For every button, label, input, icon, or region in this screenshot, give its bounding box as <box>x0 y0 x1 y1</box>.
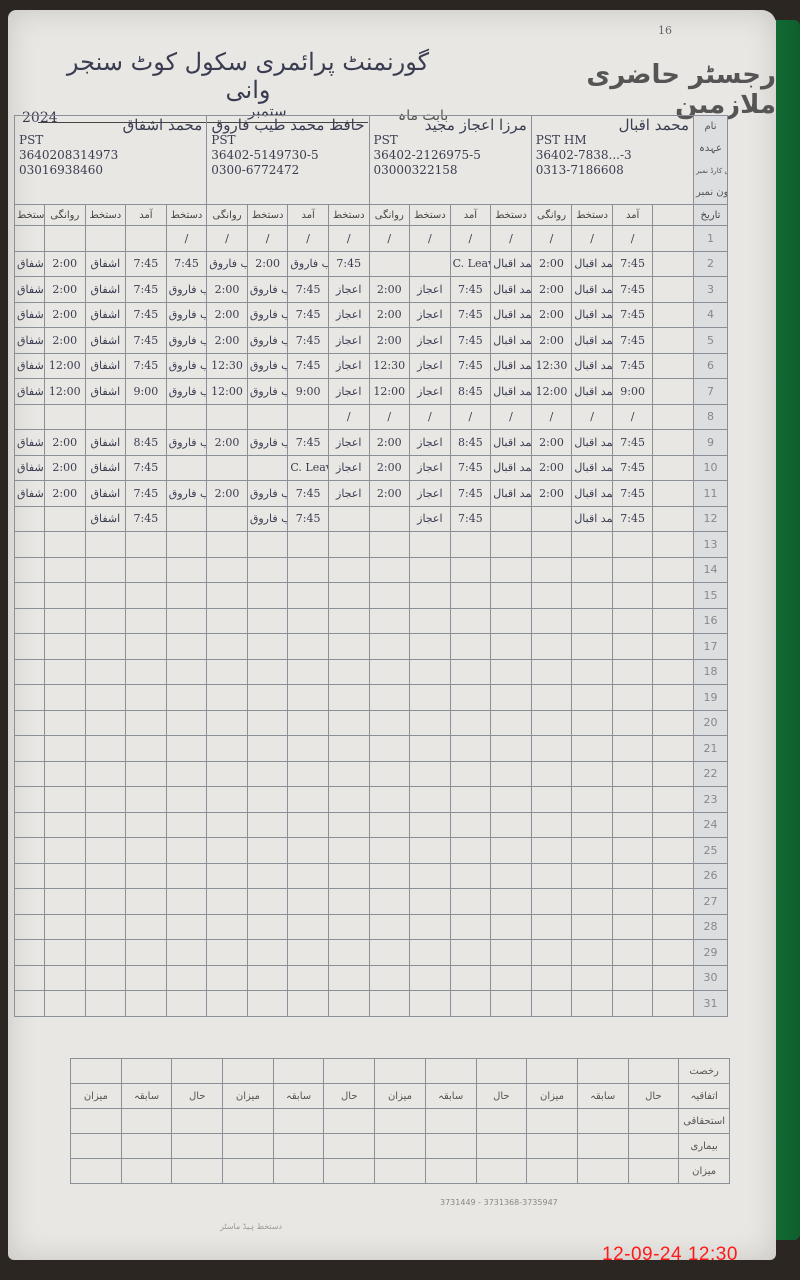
attendance-cell: 7:45 <box>612 455 653 481</box>
attendance-cell <box>15 608 45 634</box>
attendance-cell: 7:45 <box>450 328 491 354</box>
attendance-cell <box>531 889 572 915</box>
headmaster-signature-line: دستخط ہیڈ ماسٹر <box>220 1222 282 1231</box>
attendance-cell <box>572 659 613 685</box>
attendance-cell <box>328 863 369 889</box>
attendance-cell: 7:45 <box>126 506 167 532</box>
col-departure: روانگی <box>369 205 410 226</box>
attendance-cell: طیب فاروق <box>247 379 288 405</box>
attendance-cell <box>328 608 369 634</box>
attendance-cell <box>612 634 653 660</box>
attendance-cell <box>288 710 329 736</box>
day-number: 13 <box>694 532 728 558</box>
attendance-cell <box>247 583 288 609</box>
attendance-cell: 7:45 <box>612 302 653 328</box>
day-row: 15 <box>15 583 728 609</box>
attendance-cell: 2:00 <box>45 481 86 507</box>
day-number: 31 <box>694 991 728 1017</box>
day-row: 16 <box>15 608 728 634</box>
attendance-cell <box>85 736 126 762</box>
attendance-cell <box>450 889 491 915</box>
attendance-cell <box>450 914 491 940</box>
attendance-cell: اشفاق <box>15 328 45 354</box>
day-row: اشفاق2:00اشفاق7:45طیب فاروق2:00طیب فاروق… <box>15 328 728 354</box>
attendance-cell <box>491 532 532 558</box>
attendance-cell <box>288 557 329 583</box>
attendance-cell <box>612 736 653 762</box>
attendance-cell <box>85 965 126 991</box>
attendance-cell <box>531 838 572 864</box>
attendance-cell <box>85 659 126 685</box>
attendance-cell: 2:00 <box>45 302 86 328</box>
attendance-cell <box>369 914 410 940</box>
attendance-cell <box>247 659 288 685</box>
attendance-cell: اشفاق <box>15 353 45 379</box>
summary-row-label: میزان <box>679 1159 730 1184</box>
attendance-cell <box>531 557 572 583</box>
attendance-cell <box>328 812 369 838</box>
attendance-cell: اعجاز <box>328 379 369 405</box>
attendance-cell <box>410 761 451 787</box>
day-number: 17 <box>694 634 728 660</box>
attendance-cell <box>572 736 613 762</box>
day-number: 26 <box>694 863 728 889</box>
attendance-cell: 2:00 <box>207 328 248 354</box>
day-number: 22 <box>694 761 728 787</box>
attendance-cell <box>572 863 613 889</box>
attendance-cell <box>207 838 248 864</box>
summary-row: بیماری <box>71 1134 730 1159</box>
day-number: 25 <box>694 838 728 864</box>
attendance-cell: طیب فاروق <box>247 430 288 456</box>
attendance-cell: طیب فاروق <box>247 353 288 379</box>
attendance-cell <box>85 940 126 966</box>
attendance-cell <box>15 736 45 762</box>
attendance-cell <box>288 685 329 711</box>
attendance-cell: اشفاق <box>85 506 126 532</box>
attendance-cell: محمد اقبال <box>572 353 613 379</box>
attendance-cell: 7:45 <box>612 353 653 379</box>
attendance-cell: محمد اقبال <box>572 506 613 532</box>
attendance-cell <box>45 583 86 609</box>
attendance-cell <box>247 634 288 660</box>
col-arrival: آمد <box>288 205 329 226</box>
attendance-cell <box>491 787 532 813</box>
attendance-cell: اشفاق <box>85 277 126 303</box>
attendance-cell: 7:45 <box>126 251 167 277</box>
attendance-cell <box>572 914 613 940</box>
attendance-cell: 9:00 <box>288 379 329 405</box>
attendance-cell: طیب فاروق <box>207 251 248 277</box>
col-signature: دستخط <box>410 205 451 226</box>
attendance-cell: 7:45 <box>450 455 491 481</box>
attendance-cell <box>288 965 329 991</box>
attendance-cell: 9:00 <box>126 379 167 405</box>
attendance-cell: 2:00 <box>531 430 572 456</box>
attendance-cell <box>410 863 451 889</box>
attendance-cell: 2:00 <box>369 481 410 507</box>
attendance-cell <box>450 838 491 864</box>
attendance-cell <box>85 889 126 915</box>
attendance-cell <box>531 506 572 532</box>
attendance-cell: 2:00 <box>45 455 86 481</box>
day-row: 25 <box>15 838 728 864</box>
attendance-cell: اعجاز <box>410 430 451 456</box>
day-number: 14 <box>694 557 728 583</box>
attendance-cell <box>126 226 167 252</box>
attendance-cell <box>247 557 288 583</box>
attendance-cell <box>288 736 329 762</box>
attendance-cell <box>288 532 329 558</box>
attendance-cell <box>85 404 126 430</box>
attendance-cell <box>126 812 167 838</box>
attendance-cell: اشفاق <box>15 455 45 481</box>
attendance-cell <box>328 965 369 991</box>
attendance-cell: 7:45 <box>450 506 491 532</box>
attendance-cell <box>491 710 532 736</box>
attendance-cell: محمد اقبال <box>491 302 532 328</box>
attendance-cell <box>369 251 410 277</box>
attendance-cell <box>85 787 126 813</box>
attendance-cell <box>247 404 288 430</box>
attendance-cell: 2:00 <box>207 302 248 328</box>
attendance-cell <box>166 863 207 889</box>
attendance-cell <box>126 838 167 864</box>
attendance-cell <box>491 634 532 660</box>
attendance-cell: اعجاز <box>328 430 369 456</box>
day-number: 16 <box>694 608 728 634</box>
attendance-cell <box>491 685 532 711</box>
register-title: رجسٹر حاضری ملازمین <box>498 60 776 120</box>
attendance-cell <box>85 838 126 864</box>
attendance-cell <box>531 532 572 558</box>
attendance-cell: 7:45 <box>612 430 653 456</box>
attendance-cell <box>572 787 613 813</box>
summary-row: استحقاقی <box>71 1109 730 1134</box>
col-signature: دستخط <box>491 205 532 226</box>
attendance-cell <box>410 736 451 762</box>
attendance-cell <box>166 532 207 558</box>
school-name: گورنمنٹ پرائمری سکول کوٹ سنجر وانی <box>48 48 448 104</box>
day-row: 13 <box>15 532 728 558</box>
attendance-cell <box>207 889 248 915</box>
attendance-cell <box>410 608 451 634</box>
attendance-cell <box>328 736 369 762</box>
attendance-cell: 7:45 <box>612 506 653 532</box>
attendance-cell <box>288 761 329 787</box>
attendance-cell: محمد اقبال <box>491 379 532 405</box>
day-row: اشفاق2:00اشفاق7:45طیب فاروق2:00طیب فاروق… <box>15 302 728 328</box>
attendance-cell: طیب فاروق <box>166 379 207 405</box>
summary-row: میزان <box>71 1159 730 1184</box>
attendance-cell: اشفاق <box>15 277 45 303</box>
summary-row-label: رخصت <box>679 1059 730 1084</box>
day-number: 12 <box>694 506 728 532</box>
attendance-cell <box>15 532 45 558</box>
attendance-cell <box>45 659 86 685</box>
attendance-cell <box>328 583 369 609</box>
day-number: 8 <box>694 404 728 430</box>
attendance-cell: محمد اقبال <box>572 430 613 456</box>
day-number: 1 <box>694 226 728 252</box>
attendance-cell <box>126 532 167 558</box>
attendance-cell: 12:00 <box>369 379 410 405</box>
attendance-cell <box>85 761 126 787</box>
attendance-cell <box>572 991 613 1017</box>
attendance-cell: 2:00 <box>369 328 410 354</box>
attendance-cell <box>531 736 572 762</box>
attendance-cell <box>166 736 207 762</box>
attendance-cell: 2:00 <box>531 277 572 303</box>
attendance-cell <box>572 965 613 991</box>
attendance-cell <box>572 889 613 915</box>
attendance-cell <box>166 557 207 583</box>
col-arrival: آمد <box>612 205 653 226</box>
attendance-cell: محمد اقبال <box>491 251 532 277</box>
attendance-cell <box>85 914 126 940</box>
attendance-cell <box>166 710 207 736</box>
summary-row-label: استحقاقی <box>679 1109 730 1134</box>
attendance-cell <box>166 506 207 532</box>
attendance-cell: محمد اقبال <box>491 353 532 379</box>
attendance-cell <box>166 455 207 481</box>
attendance-cell <box>207 965 248 991</box>
attendance-cell <box>247 838 288 864</box>
attendance-cell: طیب فاروق <box>288 251 329 277</box>
attendance-cell <box>207 914 248 940</box>
day-number: 11 <box>694 481 728 507</box>
attendance-cell: محمد اقبال <box>572 251 613 277</box>
attendance-cell <box>247 685 288 711</box>
attendance-cell <box>207 685 248 711</box>
attendance-cell <box>328 710 369 736</box>
attendance-cell <box>15 991 45 1017</box>
attendance-cell: 7:45 <box>288 277 329 303</box>
col-arrival: آمد <box>450 205 491 226</box>
attendance-cell <box>531 608 572 634</box>
attendance-cell <box>572 532 613 558</box>
attendance-cell <box>15 914 45 940</box>
attendance-cell <box>369 685 410 711</box>
attendance-cell <box>207 455 248 481</box>
attendance-cell: 7:45 <box>288 353 329 379</box>
day-number: 4 <box>694 302 728 328</box>
attendance-cell <box>531 761 572 787</box>
attendance-cell: 7:45 <box>288 328 329 354</box>
attendance-cell: 2:00 <box>369 455 410 481</box>
summary-row: رخصت <box>71 1059 730 1084</box>
attendance-cell: 12:00 <box>531 379 572 405</box>
attendance-cell: طیب فاروق <box>166 302 207 328</box>
attendance-cell <box>612 863 653 889</box>
attendance-cell: اشفاق <box>85 455 126 481</box>
attendance-cell <box>166 659 207 685</box>
attendance-cell <box>491 965 532 991</box>
attendance-cell: 2:00 <box>531 328 572 354</box>
attendance-cell <box>572 761 613 787</box>
day-row: اشفاق2:00اشفاق7:45طیب فاروق2:00طیب فاروق… <box>15 277 728 303</box>
attendance-cell <box>45 761 86 787</box>
attendance-cell <box>45 608 86 634</box>
attendance-cell <box>166 787 207 813</box>
attendance-cell: طیب فاروق <box>247 506 288 532</box>
day-row: 20 <box>15 710 728 736</box>
attendance-cell <box>491 659 532 685</box>
attendance-cell: 2:00 <box>247 251 288 277</box>
attendance-cell: اعجاز <box>410 379 451 405</box>
attendance-cell <box>166 965 207 991</box>
attendance-cell: 2:00 <box>207 481 248 507</box>
attendance-cell <box>126 787 167 813</box>
attendance-cell <box>612 685 653 711</box>
attendance-cell: 12:00 <box>45 379 86 405</box>
day-row: 28 <box>15 914 728 940</box>
attendance-cell <box>491 608 532 634</box>
col-signature: دستخط <box>247 205 288 226</box>
attendance-cell <box>369 940 410 966</box>
attendance-cell <box>45 685 86 711</box>
attendance-cell <box>15 710 45 736</box>
attendance-cell <box>15 557 45 583</box>
attendance-cell: 2:00 <box>45 328 86 354</box>
summary-row: میزانسابقہحالمیزانسابقہحالمیزانسابقہحالم… <box>71 1084 730 1109</box>
attendance-cell <box>45 532 86 558</box>
attendance-cell <box>15 583 45 609</box>
attendance-cell <box>45 634 86 660</box>
day-number: 5 <box>694 328 728 354</box>
attendance-cell <box>491 557 532 583</box>
attendance-cell <box>410 838 451 864</box>
attendance-cell <box>369 532 410 558</box>
attendance-cell <box>288 940 329 966</box>
attendance-cell <box>207 557 248 583</box>
attendance-cell: اشفاق <box>15 379 45 405</box>
attendance-cell: اعجاز <box>410 277 451 303</box>
attendance-cell <box>410 659 451 685</box>
col-signature: دستخط <box>15 205 45 226</box>
attendance-cell <box>369 965 410 991</box>
attendance-cell <box>288 404 329 430</box>
attendance-cell <box>85 812 126 838</box>
attendance-cell <box>15 685 45 711</box>
attendance-cell: 7:45 <box>450 302 491 328</box>
day-row: 19 <box>15 685 728 711</box>
attendance-cell <box>328 914 369 940</box>
attendance-cell: اعجاز <box>410 455 451 481</box>
attendance-cell <box>450 710 491 736</box>
attendance-cell: 7:45 <box>288 506 329 532</box>
attendance-cell: 2:00 <box>207 430 248 456</box>
attendance-cell: / <box>410 404 451 430</box>
day-row: 18 <box>15 659 728 685</box>
attendance-cell <box>15 634 45 660</box>
attendance-cell: 7:45 <box>126 277 167 303</box>
attendance-cell <box>369 838 410 864</box>
attendance-cell: / <box>531 226 572 252</box>
teacher-info-row: محمد اشفاق PST 3640208314973 03016938460… <box>15 116 728 205</box>
attendance-cell <box>572 812 613 838</box>
attendance-cell <box>247 991 288 1017</box>
day-row: اشفاق7:45طیب فاروق7:45اعجاز7:45محمد اقبا… <box>15 506 728 532</box>
attendance-cell <box>491 940 532 966</box>
attendance-cell <box>85 991 126 1017</box>
attendance-cell <box>207 506 248 532</box>
attendance-cell <box>410 812 451 838</box>
attendance-cell: 7:45 <box>288 430 329 456</box>
day-number: 15 <box>694 583 728 609</box>
day-row: 26 <box>15 863 728 889</box>
attendance-cell <box>612 583 653 609</box>
attendance-cell <box>288 991 329 1017</box>
attendance-cell <box>450 863 491 889</box>
attendance-cell <box>572 940 613 966</box>
attendance-cell: C. Leave <box>288 455 329 481</box>
day-row: 31 <box>15 991 728 1017</box>
attendance-cell <box>45 940 86 966</box>
attendance-cell <box>328 991 369 1017</box>
attendance-cell <box>369 659 410 685</box>
attendance-cell <box>207 634 248 660</box>
attendance-cell <box>207 583 248 609</box>
attendance-cell <box>531 914 572 940</box>
attendance-cell: اعجاز <box>410 481 451 507</box>
attendance-cell <box>410 991 451 1017</box>
col-departure: روانگی <box>207 205 248 226</box>
attendance-cell: طیب فاروق <box>166 353 207 379</box>
attendance-cell <box>491 761 532 787</box>
attendance-cell: اعجاز <box>328 277 369 303</box>
day-number: 10 <box>694 455 728 481</box>
attendance-cell <box>612 787 653 813</box>
attendance-cell: 12:00 <box>207 379 248 405</box>
attendance-cell <box>166 838 207 864</box>
attendance-cell <box>450 685 491 711</box>
attendance-cell: اشفاق <box>85 328 126 354</box>
attendance-cell <box>15 761 45 787</box>
attendance-cell <box>126 608 167 634</box>
attendance-cell: طیب فاروق <box>166 430 207 456</box>
attendance-cell <box>45 863 86 889</box>
attendance-cell: اشفاق <box>85 251 126 277</box>
attendance-cell <box>45 404 86 430</box>
attendance-cell: محمد اقبال <box>491 455 532 481</box>
attendance-cell <box>491 506 532 532</box>
attendance-cell <box>531 940 572 966</box>
summary-row-label: بیماری <box>679 1134 730 1159</box>
attendance-cell: 7:45 <box>612 251 653 277</box>
attendance-cell <box>369 608 410 634</box>
attendance-cell: / <box>328 226 369 252</box>
day-row: اشفاق2:00اشفاق7:457:45طیب فاروق2:00طیب ف… <box>15 251 728 277</box>
attendance-cell: اشفاق <box>15 302 45 328</box>
attendance-cell <box>126 914 167 940</box>
attendance-cell: محمد اقبال <box>491 430 532 456</box>
column-header-row: دستخط روانگی دستخط آمد دستخط روانگی دستخ… <box>15 205 728 226</box>
day-row: اشفاق12:00اشفاق9:00طیب فاروق12:00طیب فار… <box>15 379 728 405</box>
attendance-cell <box>410 685 451 711</box>
attendance-cell <box>328 940 369 966</box>
attendance-cell: 2:00 <box>45 430 86 456</box>
attendance-cell: محمد اقبال <box>572 379 613 405</box>
attendance-cell <box>531 965 572 991</box>
attendance-cell: 7:45 <box>450 481 491 507</box>
attendance-cell <box>126 863 167 889</box>
attendance-cell <box>450 991 491 1017</box>
attendance-cell <box>450 812 491 838</box>
day-row: 14 <box>15 557 728 583</box>
attendance-cell <box>572 583 613 609</box>
attendance-cell <box>126 685 167 711</box>
